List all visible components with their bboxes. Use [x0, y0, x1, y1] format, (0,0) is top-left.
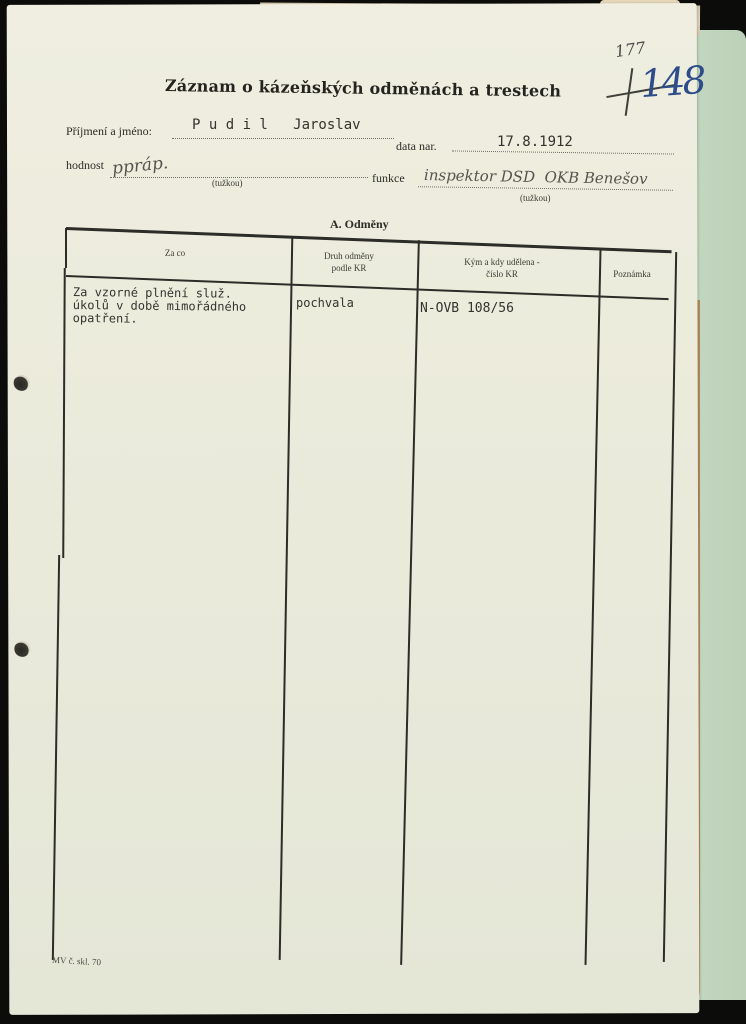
section-heading-rewards: A. Odměny	[330, 217, 389, 232]
column-header-druh-odmeny: Druh odměny podle KR	[290, 250, 408, 274]
punch-hole-icon	[14, 375, 30, 391]
name-value: P u d i l Jaroslav	[192, 117, 361, 133]
rank-hint: (tužkou)	[212, 178, 243, 188]
column-header-za-co: Za co	[80, 247, 270, 259]
name-label: Příjmení a jméno:	[66, 124, 152, 139]
punch-hole-icon	[14, 641, 30, 657]
birth-date-label: data nar.	[396, 139, 437, 154]
cell-kym-a-kdy: N-OVB 108/56	[420, 302, 514, 315]
archive-number-ink: 148	[639, 58, 705, 106]
scanned-document-stage: Záznam o kázeňských odměnách a trestech …	[0, 0, 746, 1024]
function-hint: (tužkou)	[520, 193, 551, 203]
column-header-kym-a-kdy: Kým a kdy udělena - číslo KR	[414, 256, 590, 280]
cell-druh-odmeny: pochvala	[296, 297, 354, 310]
column-header-poznamka: Poznámka	[596, 268, 668, 280]
function-label: funkce	[372, 171, 405, 186]
cell-za-co: Za vzorné plnění služ. úkolů v době mimo…	[73, 286, 247, 327]
rank-label: hodnost	[66, 158, 104, 173]
table-left-border	[65, 228, 67, 268]
name-dotted-line	[172, 138, 394, 139]
birth-date-value: 17.8.1912	[497, 134, 573, 150]
